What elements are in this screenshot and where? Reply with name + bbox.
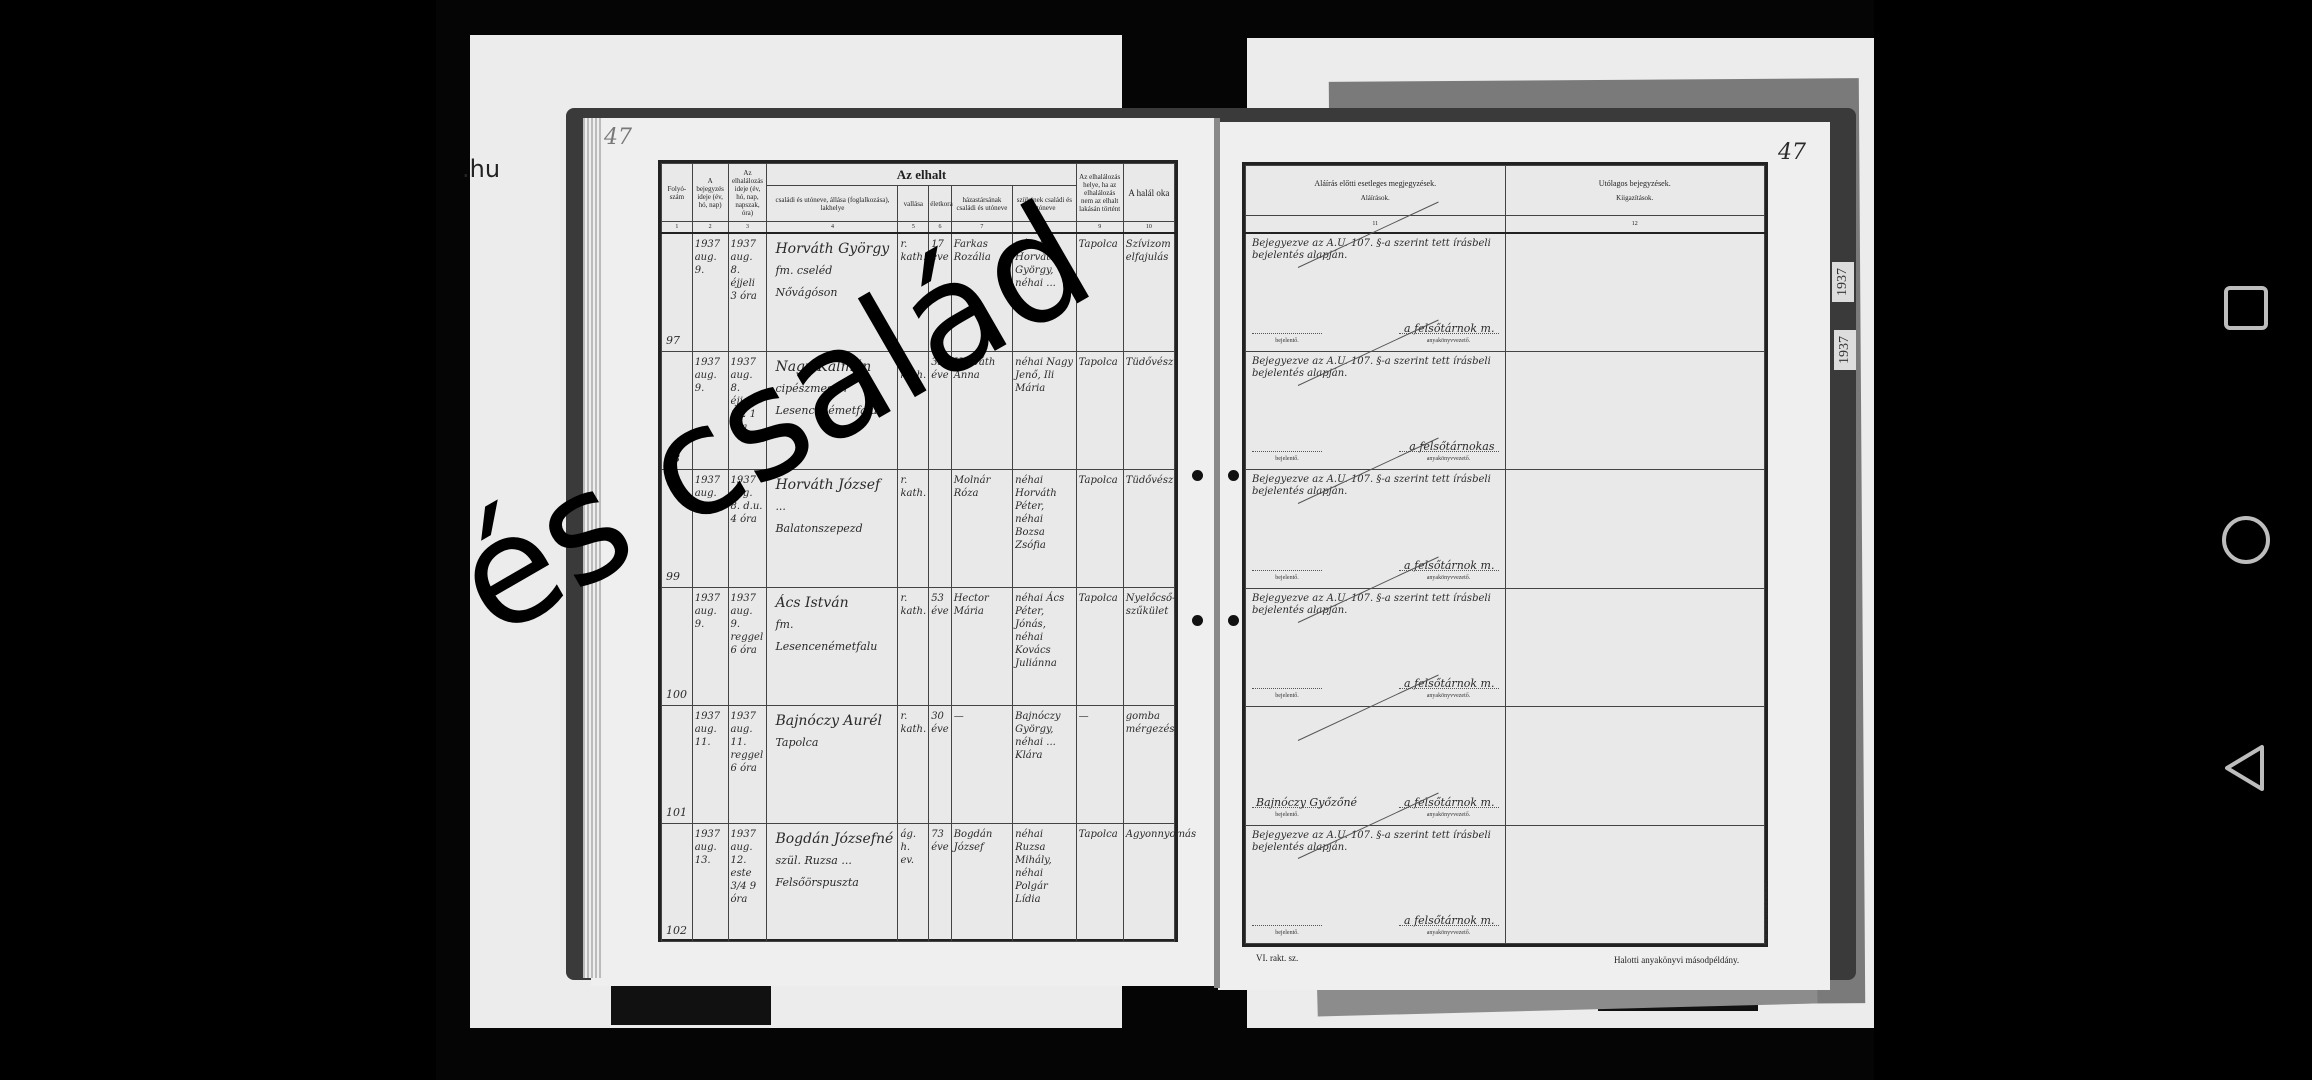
remark-cell: a felsőtárnok m.Bajnóczy Győzőnébejelent… [1246, 707, 1506, 825]
cell-name: Bajnóczy AurélTapolca [767, 705, 898, 823]
left-page-number: 47 [604, 125, 632, 150]
signature-lines: bejelentő.anyakönyvvezető. [1252, 570, 1499, 584]
deceased-occupation: fm. [775, 614, 895, 636]
cell-no: 100 [662, 587, 693, 705]
scanned-image[interactable]: 47 47 1937 1937 Folyó-szám A bejegyzés i… [436, 0, 1874, 1080]
later-entry-cell [1505, 707, 1765, 825]
back-button[interactable] [2216, 738, 2276, 798]
signature-lines: bejelentő.anyakönyvvezető. [1252, 451, 1499, 465]
col-number: 3 [728, 222, 767, 234]
cell-entry-date: 1937 aug. 13. [692, 823, 728, 941]
col-header: A halál oka [1123, 164, 1174, 222]
reporter-label: bejelentő. [1252, 451, 1322, 465]
cell-cause: Agyonnyomás [1123, 823, 1174, 941]
cell-age: 30 éve [929, 705, 952, 823]
signature-lines: bejelentő.anyakönyvvezető. [1252, 807, 1499, 821]
col-number: 12 [1505, 216, 1765, 234]
tape-strip [611, 985, 771, 1025]
deceased-residence: Balatonszepezd [775, 518, 895, 540]
cell-spouse: Hector Mária [951, 587, 1012, 705]
table-row: 1021937 aug. 13.1937 aug. 12. este 3/4 9… [662, 823, 1175, 941]
signature-lines: bejelentő.anyakönyvvezető. [1252, 688, 1499, 702]
deceased-residence: Felsőörspuszta [775, 872, 895, 894]
table-row: 1011937 aug. 11.1937 aug. 11. reggel 6 ó… [662, 705, 1175, 823]
cell-no: 101 [662, 705, 693, 823]
table-row: Bejegyezve az A.U. 107. §-a szerint tett… [1246, 351, 1765, 469]
deceased-occupation: szül. Ruzsa ... [775, 850, 895, 872]
col-number: 10 [1123, 222, 1174, 234]
back-triangle-icon [2222, 743, 2270, 793]
recent-apps-button[interactable] [2216, 278, 2276, 338]
form-number: VI. rakt. sz. [1256, 953, 1298, 963]
cell-entry-date: 1937 aug. 11. [692, 705, 728, 823]
row-number: 97 [666, 334, 680, 347]
cell-religion: ág. h. ev. [898, 823, 929, 941]
remarks-table: Aláírás előtti esetleges megjegyzések. A… [1242, 162, 1768, 947]
col-header: Folyó-szám [662, 164, 693, 222]
signature-lines: bejelentő.anyakönyvvezető. [1252, 925, 1499, 939]
registrar-label: anyakönyvvezető. [1399, 451, 1499, 465]
later-entry-cell [1505, 825, 1765, 943]
cell-no: 102 [662, 823, 693, 941]
cell-religion: r. kath. [898, 469, 929, 587]
square-icon [2223, 285, 2269, 331]
row-number: 102 [666, 924, 687, 937]
form-title: Halotti anyakönyvi másodpéldány. [1614, 955, 1739, 965]
cell-place: — [1076, 705, 1123, 823]
col-header: életkora [929, 186, 952, 222]
cell-parents: néhai Ács Péter, Jónás, néhai Kovács Jul… [1013, 587, 1077, 705]
system-navigation-bar [2180, 0, 2312, 1080]
remark-cell: Bejegyezve az A.U. 107. §-a szerint tett… [1246, 470, 1506, 588]
cell-death-date: 1937 aug. 12. este 3/4 9 óra [728, 823, 767, 941]
remark-text: Bejegyezve az A.U. 107. §-a szerint tett… [1252, 238, 1499, 262]
remark-text: Bejegyezve az A.U. 107. §-a szerint tett… [1252, 593, 1499, 617]
cell-no: 97 [662, 233, 693, 351]
deceased-residence: Lesencenémetfalu [775, 636, 895, 658]
registrar-label: anyakönyvvezető. [1399, 333, 1499, 347]
cell-age: 53 éve [929, 587, 952, 705]
registrar-label: anyakönyvvezető. [1399, 688, 1499, 702]
table-row: Bejegyezve az A.U. 107. §-a szerint tett… [1246, 825, 1765, 943]
right-page-number: 47 [1778, 140, 1806, 165]
table-row: 1001937 aug. 9.1937 aug. 9. reggel 6 óra… [662, 587, 1175, 705]
side-tab: 1937 [1832, 262, 1854, 302]
document-viewer: 47 47 1937 1937 Folyó-szám A bejegyzés i… [0, 0, 2312, 1080]
remark-cell: Bejegyezve az A.U. 107. §-a szerint tett… [1246, 233, 1506, 351]
cell-entry-date: 1937 aug. 9. [692, 233, 728, 351]
registrar-label: anyakönyvvezető. [1399, 925, 1499, 939]
col-header: Utólagos bejegyzések. Kiigazítások. [1505, 166, 1765, 216]
cell-name: Ács Istvánfm.Lesencenémetfalu [767, 587, 898, 705]
cell-entry-date: 1937 aug. 9. [692, 587, 728, 705]
cell-cause: gomba mérgezés [1123, 705, 1174, 823]
cell-cause: Nyelőcső-szűkület [1123, 587, 1174, 705]
col-header: Az elhalálozás helye, ha az elhalálozás … [1076, 164, 1123, 222]
cell-death-date: 1937 aug. 11. reggel 6 óra [728, 705, 767, 823]
later-entry-cell [1505, 351, 1765, 469]
binding-hole [1228, 615, 1239, 626]
deceased-name: Bajnóczy Aurél [775, 710, 895, 732]
cell-age: 73 éve [929, 823, 952, 941]
binding-hole [1192, 470, 1203, 481]
col-number: 1 [662, 222, 693, 234]
watermark-url: .hu [462, 155, 500, 183]
cell-name: Bogdán Józsefnészül. Ruzsa ...Felsőörspu… [767, 823, 898, 941]
book-gutter [1214, 118, 1220, 988]
table-row: Bejegyezve az A.U. 107. §-a szerint tett… [1246, 233, 1765, 351]
remark-cell: Bejegyezve az A.U. 107. §-a szerint tett… [1246, 351, 1506, 469]
reporter-label: bejelentő. [1252, 688, 1322, 702]
col-header: vallása [898, 186, 929, 222]
cell-parents: Bajnóczy György, néhai ... Klára [1013, 705, 1077, 823]
col11-subtitle: Aláírások. [1361, 194, 1390, 202]
remark-cell: Bejegyezve az A.U. 107. §-a szerint tett… [1246, 825, 1506, 943]
col-number: 2 [692, 222, 728, 234]
circle-icon [2220, 514, 2272, 566]
table-row: a felsőtárnok m.Bajnóczy Győzőnébejelent… [1246, 707, 1765, 825]
printer-note: M. kir. állami nyomda. Budapest [1764, 880, 1769, 946]
reporter-label: bejelentő. [1252, 570, 1322, 584]
cell-cause: Szívizom elfajulás [1123, 233, 1174, 351]
signature-lines: bejelentő.anyakönyvvezető. [1252, 333, 1499, 347]
registrar-label: anyakönyvvezető. [1399, 807, 1499, 821]
cell-spouse: Molnár Róza [951, 469, 1012, 587]
remark-text: Bejegyezve az A.U. 107. §-a szerint tett… [1252, 356, 1499, 380]
reporter-label: bejelentő. [1252, 807, 1322, 821]
cell-place: Tapolca [1076, 823, 1123, 941]
table-row: Bejegyezve az A.U. 107. §-a szerint tett… [1246, 470, 1765, 588]
cell-cause: Tüdővész [1123, 469, 1174, 587]
cell-spouse: Bogdán József [951, 823, 1012, 941]
row-number: 101 [666, 806, 687, 819]
col-header: családi és utóneve, állása (foglalkozása… [767, 186, 898, 222]
deceased-name: Ács István [775, 592, 895, 614]
deceased-residence: Tapolca [775, 732, 895, 754]
deceased-name: Horváth György [775, 238, 895, 260]
cell-cause: Tüdővész [1123, 351, 1174, 469]
cell-religion: r. kath. [898, 587, 929, 705]
registrar-label: anyakönyvvezető. [1399, 570, 1499, 584]
col12-title: Utólagos bejegyzések. [1599, 179, 1671, 188]
cell-parents: néhai Horváth Péter, néhai Bozsa Zsófia [1013, 469, 1077, 587]
col11-title: Aláírás előtti esetleges megjegyzések. [1314, 179, 1436, 188]
remark-cell: Bejegyezve az A.U. 107. §-a szerint tett… [1246, 588, 1506, 706]
cell-parents: néhai Ruzsa Mihály, néhai Polgár Lídia [1013, 823, 1077, 941]
reporter-label: bejelentő. [1252, 925, 1322, 939]
col-header: Aláírás előtti esetleges megjegyzések. A… [1246, 166, 1506, 216]
col-number: 4 [767, 222, 898, 234]
remark-text: Bejegyezve az A.U. 107. §-a szerint tett… [1252, 830, 1499, 854]
row-number: 100 [666, 688, 687, 701]
deceased-name: Bogdán Józsefné [775, 828, 895, 850]
remark-text: Bejegyezve az A.U. 107. §-a szerint tett… [1252, 474, 1499, 498]
cell-spouse: — [951, 705, 1012, 823]
later-entry-cell [1505, 233, 1765, 351]
cell-death-date: 1937 aug. 9. reggel 6 óra [728, 587, 767, 705]
binding-hole [1228, 470, 1239, 481]
col-header: A bejegyzés ideje (év, hó, nap) [692, 164, 728, 222]
binding-hole [1192, 615, 1203, 626]
table-row: Bejegyezve az A.U. 107. §-a szerint tett… [1246, 588, 1765, 706]
cell-religion: r. kath. [898, 705, 929, 823]
col-number: 9 [1076, 222, 1123, 234]
later-entry-cell [1505, 588, 1765, 706]
col-header: Az elhalálozás ideje (év, hó, nap, napsz… [728, 164, 767, 222]
cell-place: Tapolca [1076, 469, 1123, 587]
cell-age [929, 469, 952, 587]
side-tab: 1937 [1834, 330, 1856, 370]
cell-place: Tapolca [1076, 587, 1123, 705]
cell-place: Tapolca [1076, 351, 1123, 469]
home-button[interactable] [2216, 510, 2276, 570]
col12-subtitle: Kiigazítások. [1616, 194, 1653, 202]
later-entry-cell [1505, 470, 1765, 588]
reporter-label: bejelentő. [1252, 333, 1322, 347]
